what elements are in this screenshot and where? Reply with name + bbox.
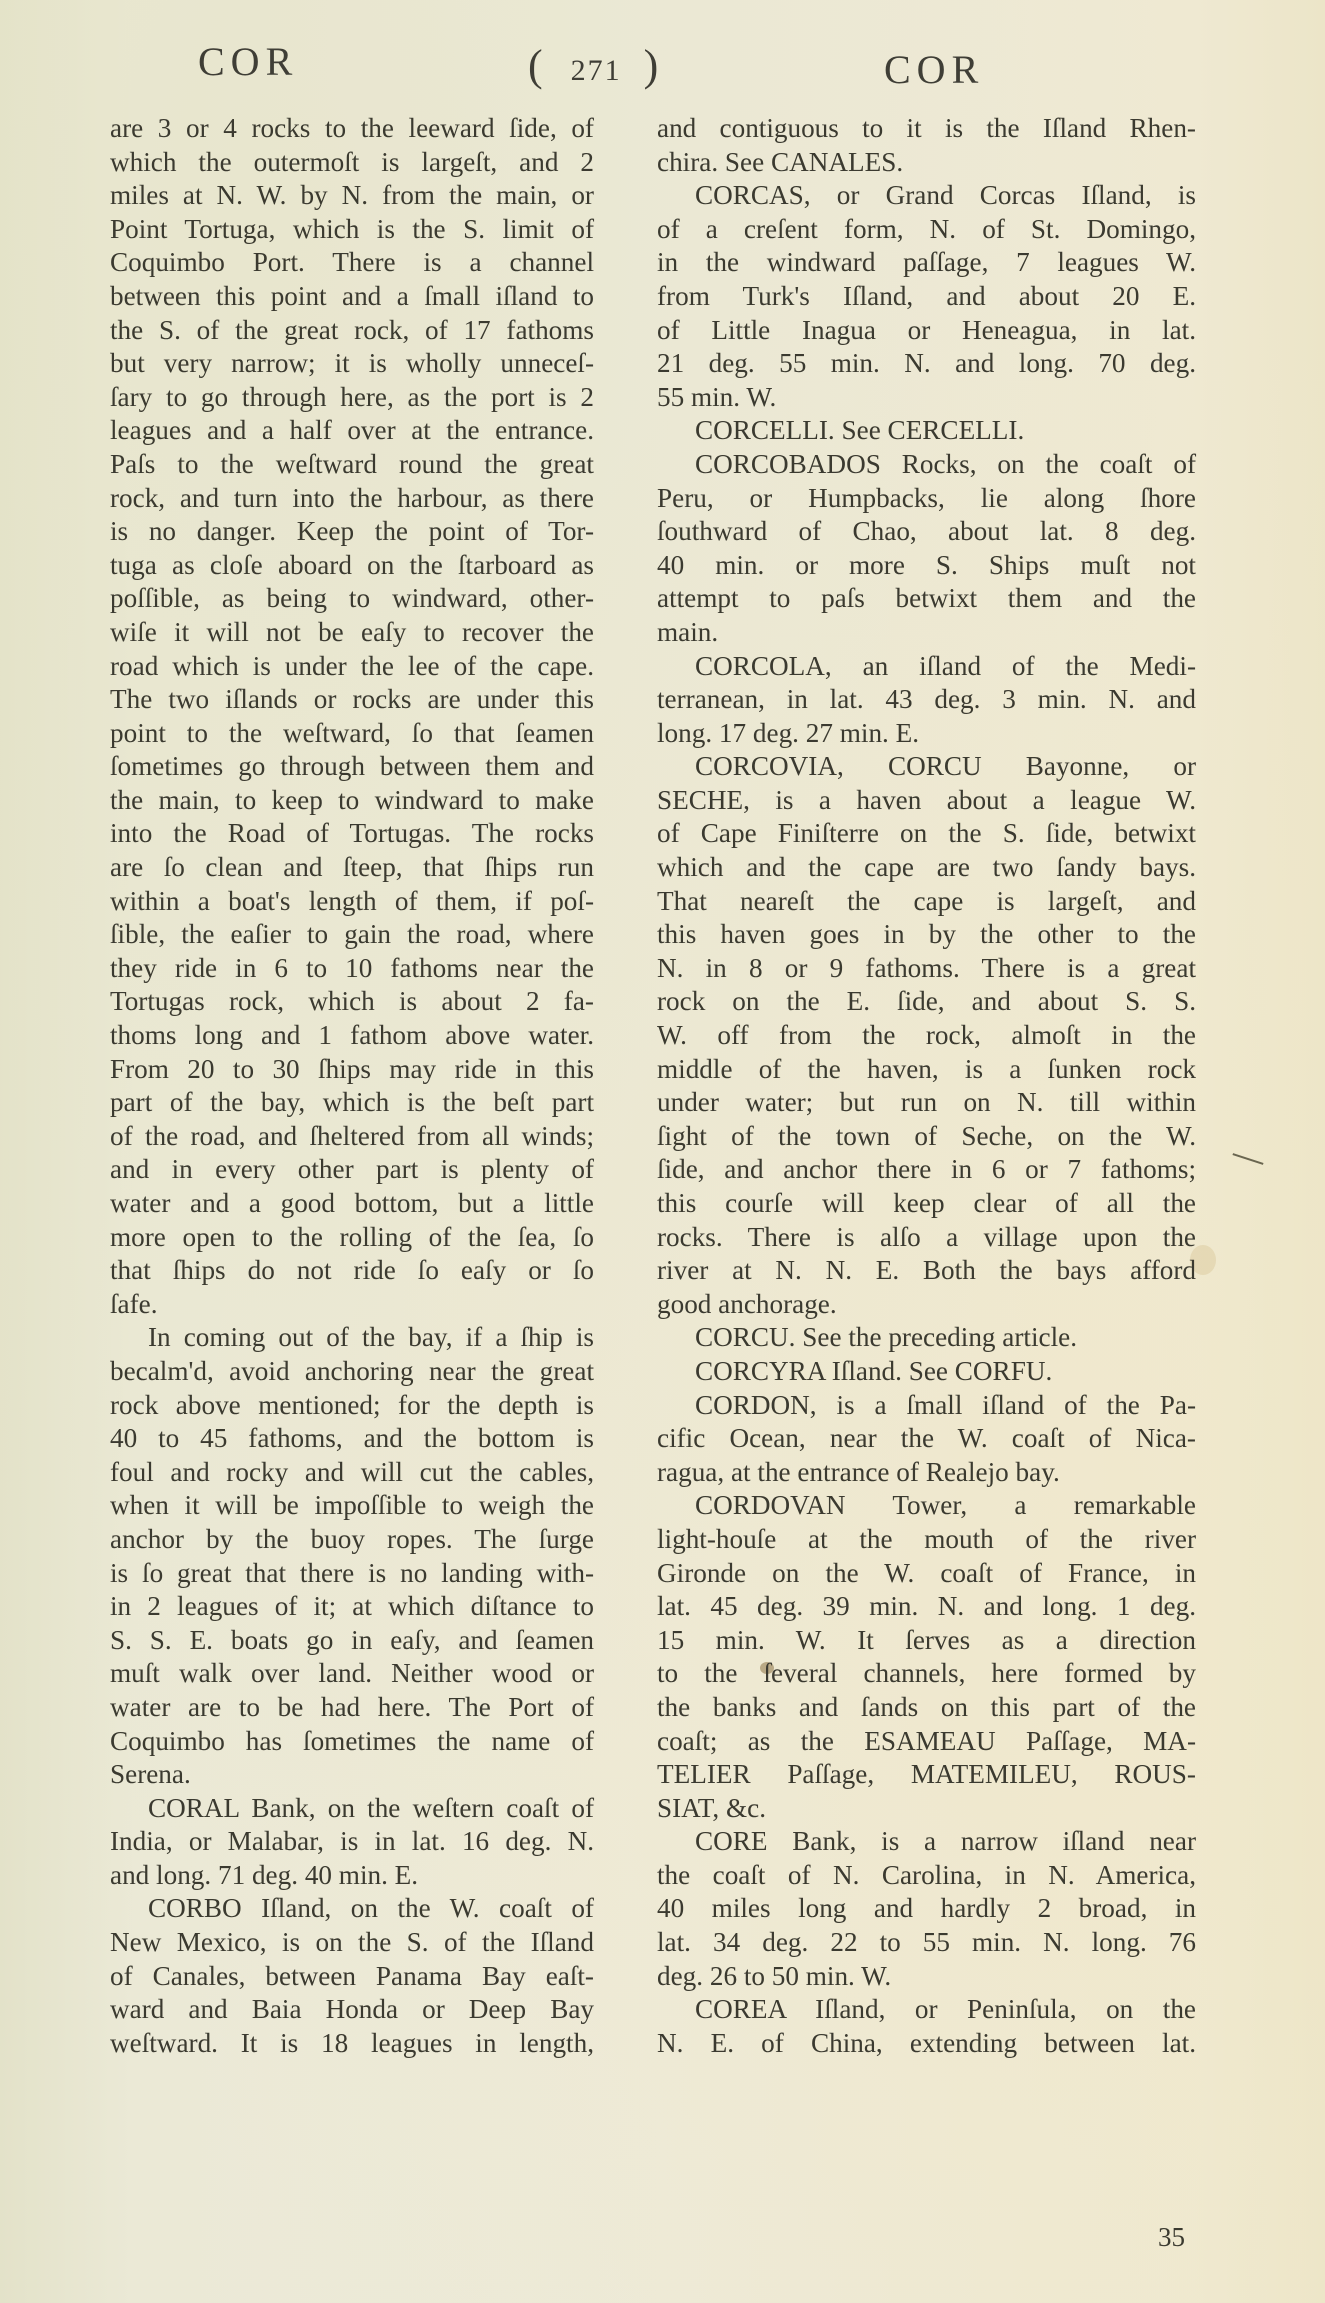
text-line: CORCELLI. See CERCELLI.	[657, 414, 1196, 448]
text-line: The two iſlands or rocks are under this	[110, 683, 594, 717]
text-line: muſt walk over land. Neither wood or	[110, 1657, 594, 1691]
text-line: terranean, in lat. 43 deg. 3 min. N. and	[657, 683, 1196, 717]
text-line: From 20 to 30 ſhips may ride in this	[110, 1053, 594, 1087]
book-page: COR (271) COR are 3 or 4 rocks to the le…	[0, 0, 1325, 2303]
text-line: CORAL Bank, on the weſtern coaſt of	[110, 1792, 594, 1826]
text-line: ragua, at the entrance of Realejo bay.	[657, 1456, 1196, 1490]
text-line: into the Road of Tortugas. The rocks	[110, 817, 594, 851]
text-line: and contiguous to it is the Iſland Rhen-	[657, 112, 1196, 146]
text-line: CORCYRA Iſland. See CORFU.	[657, 1355, 1196, 1389]
text-line: 21 deg. 55 min. N. and long. 70 deg.	[657, 347, 1196, 381]
text-line: W. off from the rock, almoſt in the	[657, 1019, 1196, 1053]
text-line: light-houſe at the mouth of the river	[657, 1523, 1196, 1557]
text-line: lat. 45 deg. 39 min. N. and long. 1 deg.	[657, 1590, 1196, 1624]
text-line: when it will be impoſſible to weigh the	[110, 1489, 594, 1523]
text-line: of a creſent form, N. of St. Domingo,	[657, 213, 1196, 247]
text-line: within a boat's length of them, if poſ-	[110, 885, 594, 919]
text-line: Gironde on the W. coaſt of France, in	[657, 1557, 1196, 1591]
text-line: ſometimes go through between them and	[110, 750, 594, 784]
text-line: is ſo great that there is no landing wit…	[110, 1557, 594, 1591]
text-line: N. E. of China, extending between lat.	[657, 2027, 1196, 2061]
text-line: India, or Malabar, is in lat. 16 deg. N.	[110, 1825, 594, 1859]
text-line: and in every other part is plenty of	[110, 1153, 594, 1187]
text-line: attempt to paſs betwixt them and the	[657, 582, 1196, 616]
text-line: New Mexico, is on the S. of the Iſland	[110, 1926, 594, 1960]
text-line: of Cape Finiſterre on the S. ſide, betwi…	[657, 817, 1196, 851]
text-line: 40 min. or more S. Ships muſt not	[657, 549, 1196, 583]
text-line: rock above mentioned; for the depth is	[110, 1389, 594, 1423]
text-line: S. S. E. boats go in eaſy, and ſeamen	[110, 1624, 594, 1658]
text-line: 40 to 45 fathoms, and the bottom is	[110, 1422, 594, 1456]
right-column: and contiguous to it is the Iſland Rhen-…	[657, 112, 1196, 2060]
running-head: COR (271) COR	[0, 38, 1325, 98]
text-line: In coming out of the bay, if a ſhip is	[110, 1321, 594, 1355]
text-line: ſafe.	[110, 1288, 594, 1322]
text-line: poſſible, as being to windward, other-	[110, 582, 594, 616]
text-line: TELIER Paſſage, MATEMILEU, ROUS-	[657, 1758, 1196, 1792]
text-line: this haven goes in by the other to the	[657, 918, 1196, 952]
text-line: in 2 leagues of it; at which diſtance to	[110, 1590, 594, 1624]
text-line: CORCOBADOS Rocks, on the coaſt of	[657, 448, 1196, 482]
text-line: the main, to keep to windward to make	[110, 784, 594, 818]
text-line: becalm'd, avoid anchoring near the great	[110, 1355, 594, 1389]
text-line: of Canales, between Panama Bay eaſt-	[110, 1960, 594, 1994]
text-line: coaſt; as the ESAMEAU Paſſage, MA-	[657, 1725, 1196, 1759]
text-line: in the windward paſſage, 7 leagues W.	[657, 246, 1196, 280]
text-line: water are to be had here. The Port of	[110, 1691, 594, 1725]
text-line: main.	[657, 616, 1196, 650]
text-line: CORE Bank, is a narrow iſland near	[657, 1825, 1196, 1859]
text-line: N. in 8 or 9 fathoms. There is a great	[657, 952, 1196, 986]
text-line: ſary to go through here, as the port is …	[110, 381, 594, 415]
text-line: foul and rocky and will cut the cables,	[110, 1456, 594, 1490]
text-line: lat. 34 deg. 22 to 55 min. N. long. 76	[657, 1926, 1196, 1960]
text-line: cific Ocean, near the W. coaſt of Nica-	[657, 1422, 1196, 1456]
text-line: Tortugas rock, which is about 2 fa-	[110, 985, 594, 1019]
text-line: this courſe will keep clear of all the	[657, 1187, 1196, 1221]
text-line: CORCOVIA, CORCU Bayonne, or	[657, 750, 1196, 784]
text-line: of Little Inagua or Heneagua, in lat.	[657, 314, 1196, 348]
text-line: they ride in 6 to 10 fathoms near the	[110, 952, 594, 986]
text-line: ſouthward of Chao, about lat. 8 deg.	[657, 515, 1196, 549]
open-paren: (	[528, 41, 549, 90]
text-line: is no danger. Keep the point of Tor-	[110, 515, 594, 549]
text-line: river at N. N. E. Both the bays afford	[657, 1254, 1196, 1288]
text-line: are ſo clean and ſteep, that ſhips run	[110, 851, 594, 885]
text-line: rock on the E. ſide, and about S. S.	[657, 985, 1196, 1019]
text-line: weſtward. It is 18 leagues in length,	[110, 2027, 594, 2061]
text-line: CORCAS, or Grand Corcas Iſland, is	[657, 179, 1196, 213]
text-line: are 3 or 4 rocks to the leeward ſide, of	[110, 112, 594, 146]
text-line: to the ſeveral channels, here formed by	[657, 1657, 1196, 1691]
text-line: Peru, or Humpbacks, lie along ſhore	[657, 482, 1196, 516]
text-line: more open to the rolling of the ſea, ſo	[110, 1221, 594, 1255]
text-line: which the outermoſt is largeſt, and 2	[110, 146, 594, 180]
text-line: That neareſt the cape is largeſt, and	[657, 885, 1196, 919]
text-line: of the road, and ſheltered from all wind…	[110, 1120, 594, 1154]
text-line: which and the cape are two ſandy bays.	[657, 851, 1196, 885]
text-line: Point Tortuga, which is the S. limit of	[110, 213, 594, 247]
page-number-group: (271)	[528, 40, 664, 91]
text-line: good anchorage.	[657, 1288, 1196, 1322]
text-line: thoms long and 1 fathom above water.	[110, 1019, 594, 1053]
left-column: are 3 or 4 rocks to the leeward ſide, of…	[110, 112, 594, 2060]
text-line: CORCU. See the preceding article.	[657, 1321, 1196, 1355]
page-number: 271	[549, 54, 644, 87]
text-line: wiſe it will not be eaſy to recover the	[110, 616, 594, 650]
text-line: 15 min. W. It ſerves as a direction	[657, 1624, 1196, 1658]
close-paren: )	[644, 41, 665, 90]
text-line: the coaſt of N. Carolina, in N. America,	[657, 1859, 1196, 1893]
text-line: between this point and a ſmall iſland to	[110, 280, 594, 314]
text-line: middle of the haven, is a ſunken rock	[657, 1053, 1196, 1087]
catchword: 35	[1158, 2222, 1185, 2253]
text-line: COREA Iſland, or Peninſula, on the	[657, 1993, 1196, 2027]
text-line: ſight of the town of Seche, on the W.	[657, 1120, 1196, 1154]
text-line: and long. 71 deg. 40 min. E.	[110, 1859, 594, 1893]
text-line: SIAT, &c.	[657, 1792, 1196, 1826]
text-line: CORCOLA, an iſland of the Medi-	[657, 650, 1196, 684]
text-line: deg. 26 to 50 min. W.	[657, 1960, 1196, 1994]
running-head-right: COR	[884, 46, 984, 93]
text-line: road which is under the lee of the cape.	[110, 650, 594, 684]
text-line: part of the bay, which is the beſt part	[110, 1086, 594, 1120]
text-line: tuga as cloſe aboard on the ſtarboard as	[110, 549, 594, 583]
text-line: under water; but run on N. till within	[657, 1086, 1196, 1120]
text-line: miles at N. W. by N. from the main, or	[110, 179, 594, 213]
text-line: but very narrow; it is wholly unneceſ-	[110, 347, 594, 381]
text-line: Paſs to the weſtward round the great	[110, 448, 594, 482]
text-line: the banks and ſands on this part of the	[657, 1691, 1196, 1725]
text-line: Coquimbo has ſometimes the name of	[110, 1725, 594, 1759]
text-line: CORBO Iſland, on the W. coaſt of	[110, 1892, 594, 1926]
text-line: water and a good bottom, but a little	[110, 1187, 594, 1221]
running-head-left: COR	[198, 38, 298, 85]
text-line: rocks. There is alſo a village upon the	[657, 1221, 1196, 1255]
text-line: chira. See CANALES.	[657, 146, 1196, 180]
ink-mark	[1232, 1153, 1263, 1165]
text-line: ſible, the eaſier to gain the road, wher…	[110, 918, 594, 952]
text-line: 55 min. W.	[657, 381, 1196, 415]
text-line: SECHE, is a haven about a league W.	[657, 784, 1196, 818]
text-line: CORDON, is a ſmall iſland of the Pa-	[657, 1389, 1196, 1423]
text-line: ſide, and anchor there in 6 or 7 fathoms…	[657, 1153, 1196, 1187]
text-line: the S. of the great rock, of 17 fathoms	[110, 314, 594, 348]
text-line: leagues and a half over at the entrance.	[110, 414, 594, 448]
text-line: ward and Baia Honda or Deep Bay	[110, 1993, 594, 2027]
text-line: from Turk's Iſland, and about 20 E.	[657, 280, 1196, 314]
text-line: anchor by the buoy ropes. The ſurge	[110, 1523, 594, 1557]
text-line: CORDOVAN Tower, a remarkable	[657, 1489, 1196, 1523]
text-line: point to the weſtward, ſo that ſeamen	[110, 717, 594, 751]
text-line: that ſhips do not ride ſo eaſy or ſo	[110, 1254, 594, 1288]
text-line: 40 miles long and hardly 2 broad, in	[657, 1892, 1196, 1926]
text-line: long. 17 deg. 27 min. E.	[657, 717, 1196, 751]
text-line: Coquimbo Port. There is a channel	[110, 246, 594, 280]
text-line: Serena.	[110, 1758, 594, 1792]
text-line: rock, and turn into the harbour, as ther…	[110, 482, 594, 516]
